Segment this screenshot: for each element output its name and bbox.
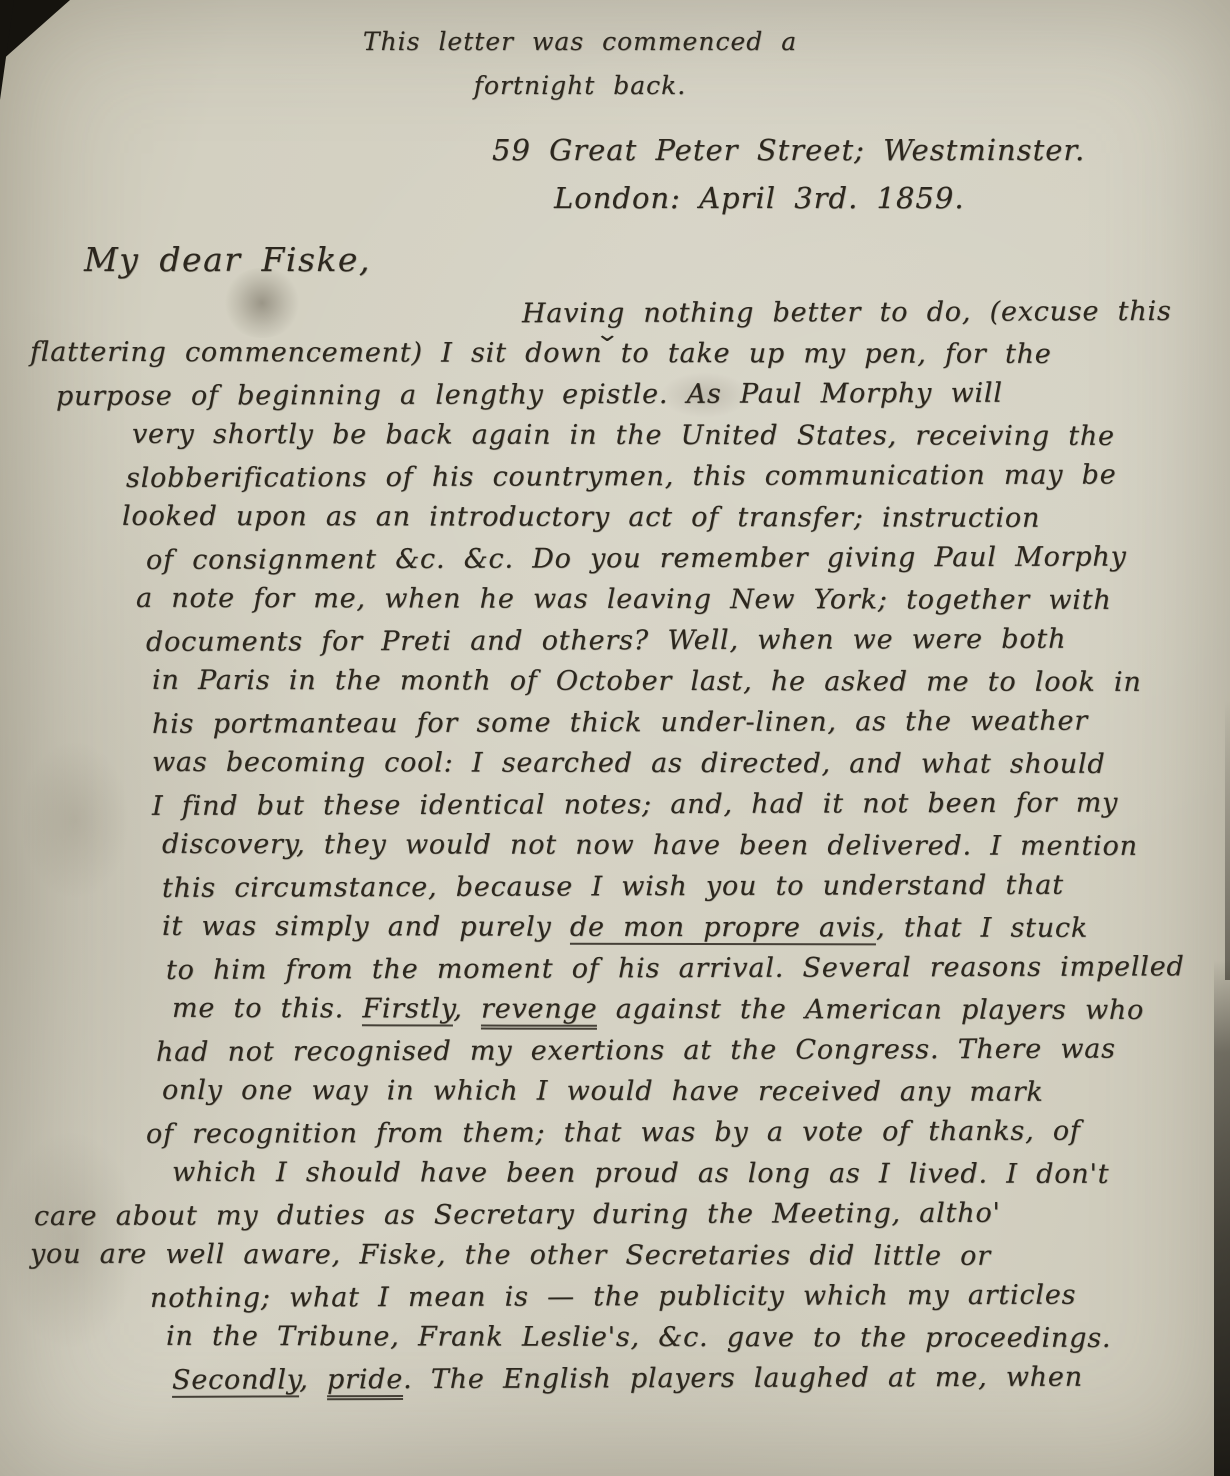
line-text: nothing; what I mean is — the publicity …: [150, 1280, 1076, 1314]
line-text: in Paris in the month of October last, h…: [152, 665, 1142, 698]
letter-line: care about my duties as Secretary during…: [34, 1192, 1230, 1237]
letter-line: a note for me, when he was leaving New Y…: [136, 578, 1230, 621]
line-text: very shortly be back again in the United…: [132, 419, 1115, 452]
letter-line: purpose of beginning a lengthy epistle. …: [56, 372, 1230, 417]
line-text: which I should have been proud as long a…: [172, 1157, 1109, 1190]
address-dateline: 59 Great Peter Street; Westminster. Lond…: [492, 126, 1085, 222]
line-text: care about my duties as Secretary during…: [34, 1198, 1001, 1232]
letter-line: which I should have been proud as long a…: [172, 1152, 1230, 1195]
line-text: I find but these identical notes; and, h…: [152, 788, 1118, 822]
letter-line: Having nothing better to do, (excuse thi…: [522, 291, 1230, 334]
line-text: was becoming cool: I searched as directe…: [152, 747, 1106, 780]
address-line: 59 Great Peter Street; Westminster.: [492, 126, 1085, 174]
letter-line: very shortly be back again in the United…: [132, 414, 1230, 457]
letter-line: flattering commencement) I sit down to t…: [30, 332, 1230, 376]
underlined-phrase: Firstly: [362, 993, 453, 1026]
letter-page: This letter was commenced a fortnight ba…: [0, 0, 1230, 1476]
letter-line: slobberifications of his countrymen, thi…: [126, 454, 1230, 499]
header-note-line: fortnight back.: [0, 64, 1160, 108]
letter-line: in the Tribune, Frank Leslie's, &c. gave…: [166, 1316, 1230, 1359]
line-text: had not recognised my exertions at the C…: [156, 1034, 1116, 1068]
letter-line: of consignment &c. &c. Do you remember g…: [146, 536, 1230, 581]
line-text: ,: [299, 1364, 327, 1395]
letter-line: nothing; what I mean is — the publicity …: [150, 1274, 1230, 1319]
line-text: , that I stuck: [876, 912, 1088, 943]
line-text: looked upon as an introductory act of tr…: [122, 501, 1040, 534]
letter-line: Secondly, pride. The English players lau…: [172, 1356, 1230, 1401]
line-text: flattering commencement) I sit down to t…: [30, 337, 1052, 370]
line-text: it was simply and purely: [162, 911, 570, 943]
line-text: purpose of beginning a lengthy epistle. …: [56, 378, 1003, 412]
letter-line: it was simply and purely de mon propre a…: [162, 906, 1230, 949]
header-note-line: This letter was commenced a: [0, 20, 1160, 64]
header-note: This letter was commenced a fortnight ba…: [0, 20, 1160, 108]
line-text: to him from the moment of his arrival. S…: [166, 951, 1185, 986]
salutation: My dear Fiske,: [84, 240, 371, 279]
line-text: a note for me, when he was leaving New Y…: [136, 583, 1112, 616]
line-text: . The English players laughed at me, whe…: [403, 1362, 1083, 1395]
letter-line: documents for Preti and others? Well, wh…: [146, 618, 1230, 663]
line-text: documents for Preti and others? Well, wh…: [146, 624, 1066, 658]
line-text: in the Tribune, Frank Leslie's, &c. gave…: [166, 1321, 1111, 1354]
letter-line: this circumstance, because I wish you to…: [162, 864, 1230, 909]
line-text: only one way in which I would have recei…: [162, 1075, 1044, 1108]
line-text: against the American players who: [597, 994, 1144, 1026]
line-text: me to this.: [172, 993, 362, 1024]
double-underlined-phrase: revenge: [481, 994, 597, 1030]
letter-line: of recognition from them; that was by a …: [146, 1110, 1230, 1155]
double-underlined-phrase: pride: [327, 1364, 403, 1400]
line-text: ,: [453, 993, 481, 1024]
line-text: Having nothing better to do, (excuse thi…: [522, 296, 1172, 329]
letter-line: to him from the moment of his arrival. S…: [166, 946, 1230, 991]
line-text: of recognition from them; that was by a …: [146, 1116, 1081, 1150]
line-text: discovery, they would not now have been …: [162, 829, 1138, 862]
line-text: of consignment &c. &c. Do you remember g…: [146, 541, 1127, 575]
letter-line: in Paris in the month of October last, h…: [152, 660, 1230, 703]
letter-line: looked upon as an introductory act of tr…: [122, 496, 1230, 539]
letter-line: me to this. Firstly, revenge against the…: [172, 988, 1230, 1031]
underlined-phrase: Secondly: [172, 1364, 299, 1397]
letter-line: you are well aware, Fiske, the other Sec…: [30, 1234, 1230, 1278]
date-line: London: April 3rd. 1859.: [554, 174, 1085, 222]
letter-line: I find but these identical notes; and, h…: [152, 782, 1230, 827]
underlined-phrase: de mon propre avis: [570, 912, 876, 946]
letter-line: had not recognised my exertions at the C…: [156, 1028, 1230, 1073]
line-text: this circumstance, because I wish you to…: [162, 870, 1064, 904]
letter-line: his portmanteau for some thick under-lin…: [152, 700, 1230, 745]
letter-line: only one way in which I would have recei…: [162, 1070, 1230, 1113]
letter-line: discovery, they would not now have been …: [162, 824, 1230, 867]
line-text: you are well aware, Fiske, the other Sec…: [30, 1239, 991, 1272]
letter-line: was becoming cool: I searched as directe…: [152, 742, 1230, 785]
line-text: his portmanteau for some thick under-lin…: [152, 706, 1088, 740]
letter-body: Having nothing better to do, (excuse thi…: [0, 292, 1230, 1399]
line-text: slobberifications of his countrymen, thi…: [126, 459, 1117, 493]
